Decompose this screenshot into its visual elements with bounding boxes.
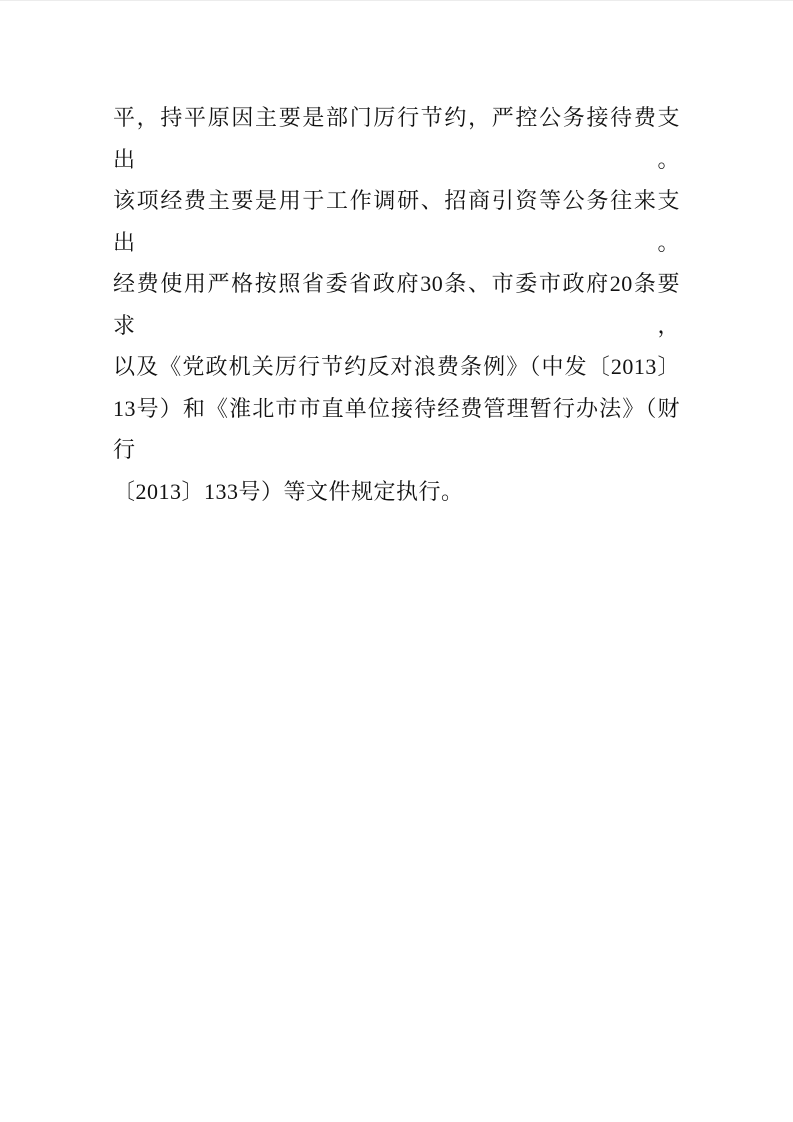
paragraph-line: 平，持平原因主要是部门厉行节约，严控公务接待费支出。 xyxy=(113,97,680,180)
document-page: 平，持平原因主要是部门厉行节约，严控公务接待费支出。 该项经费主要是用于工作调研… xyxy=(0,0,793,1122)
paragraph-block: 平，持平原因主要是部门厉行节约，严控公务接待费支出。 该项经费主要是用于工作调研… xyxy=(113,97,680,512)
paragraph-line: 以及《党政机关厉行节约反对浪费条例》（中发〔2013〕 xyxy=(113,346,680,388)
paragraph-line: 经费使用严格按照省委省政府30条、市委市政府20条要求， xyxy=(113,263,680,346)
paragraph-line: 该项经费主要是用于工作调研、招商引资等公务往来支出。 xyxy=(113,180,680,263)
paragraph-line: 13号）和《淮北市市直单位接待经费管理暂行办法》（财行 xyxy=(113,388,680,471)
paragraph-line-last: 〔2013〕133号）等文件规定执行。 xyxy=(113,471,680,513)
